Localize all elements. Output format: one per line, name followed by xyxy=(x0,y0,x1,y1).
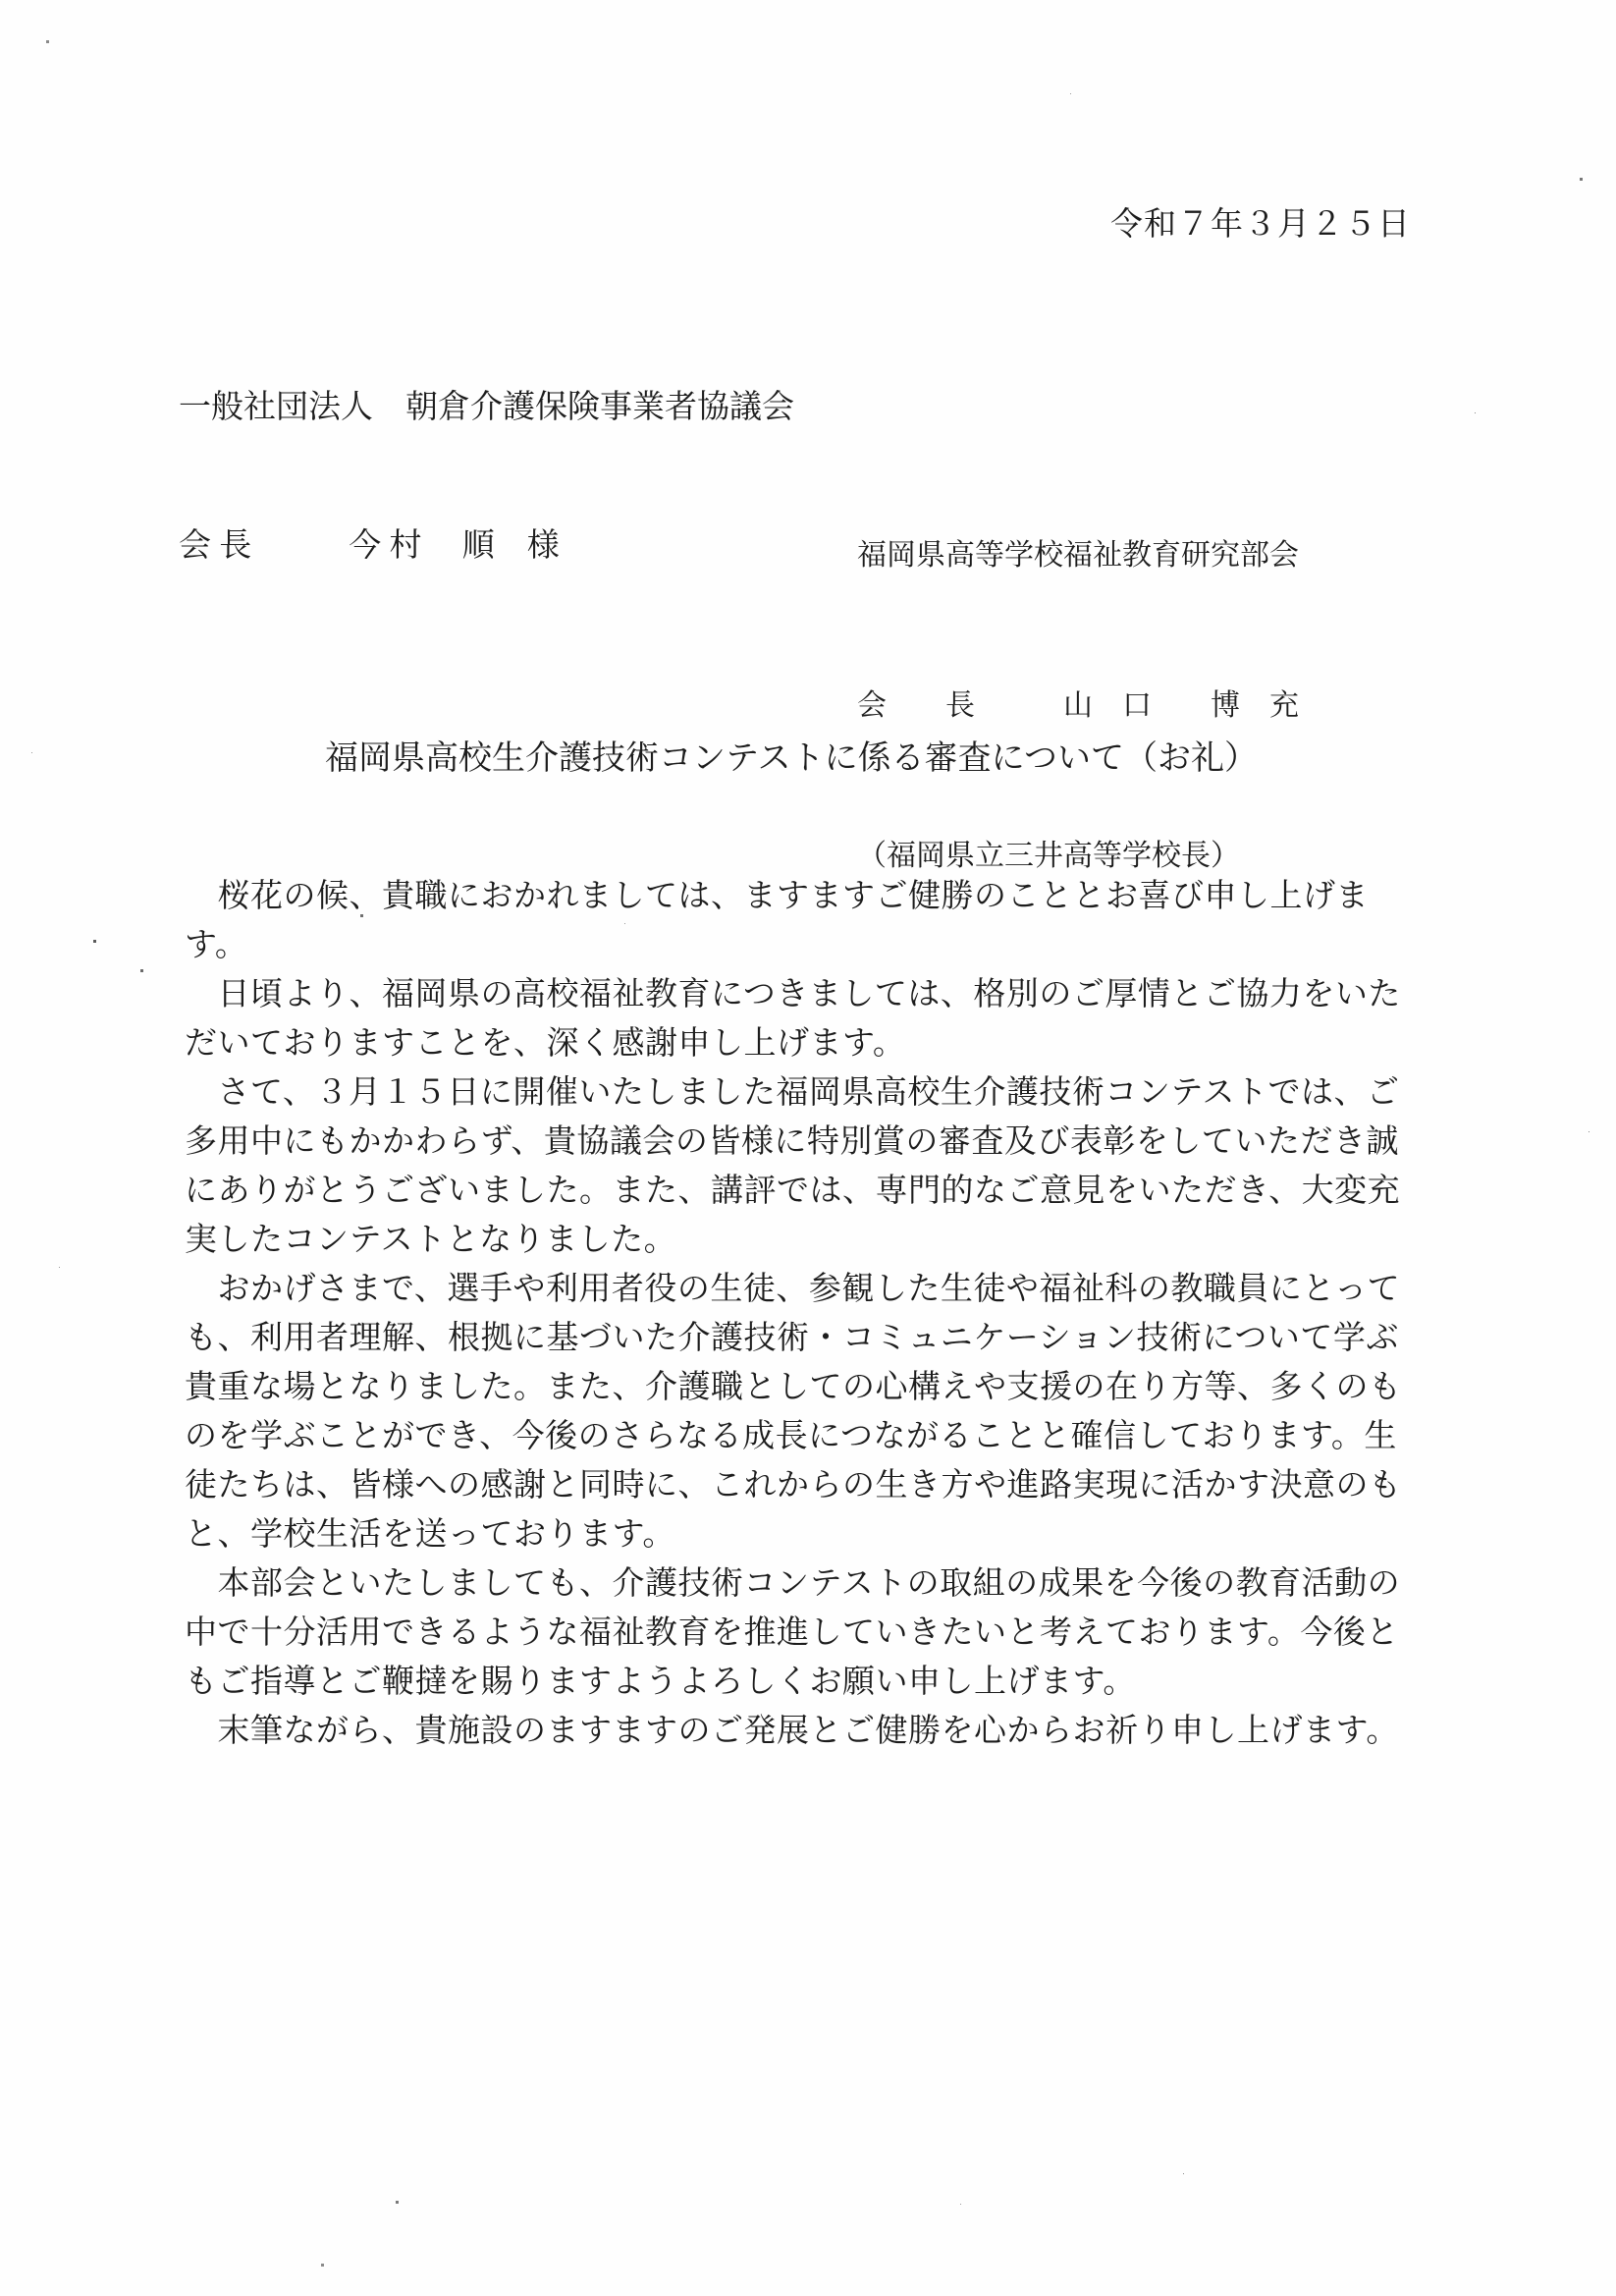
body-line: さて、３月１５日に開催いたしました福岡県高校生介護技術コンテストでは、ご xyxy=(185,1068,1402,1118)
body-line: と、学校生活を送っております。 xyxy=(185,1510,1402,1559)
body-line: 貴重な場となりました。また、介護職としての心構えや支援の在り方等、多くのも xyxy=(185,1363,1402,1412)
letter-title: 福岡県高校生介護技術コンテストに係る審査について（お礼） xyxy=(0,731,1583,779)
body-line: 実したコンテストとなりました。 xyxy=(185,1216,1402,1265)
recipient-name: 会 長 今 村 順 様 xyxy=(179,523,794,570)
body-line: も、利用者理解、根拠に基づいた介護技術・コミュニケーション技術について学ぶ xyxy=(185,1314,1402,1363)
sender-name: 会 長 山 口 博 充 xyxy=(857,681,1299,731)
body-line: 日頃より、福岡県の高校福祉教育につきましては、格別のご厚情とご協力をいた xyxy=(185,970,1402,1019)
body-line: もご指導とご鞭撻を賜りますようよろしくお願い申し上げます。 xyxy=(185,1658,1402,1707)
letter-body: 桜花の候、貴職におかれましては、ますますご健勝のこととお喜び申し上げます。 日頃… xyxy=(185,872,1402,1756)
body-line: す。 xyxy=(185,921,1402,970)
scanned-letter-page: 令和７年３月２５日 一般社団法人 朝倉介護保険事業者協議会 会 長 今 村 順 … xyxy=(0,0,1616,2296)
recipient-organization: 一般社団法人 朝倉介護保険事業者協議会 xyxy=(179,385,794,431)
body-line: にありがとうございました。また、講評では、専門的なご意見をいただき、大変充 xyxy=(185,1167,1402,1216)
body-line: 本部会といたしましても、介護技術コンテストの取組の成果を今後の教育活動の xyxy=(185,1559,1402,1609)
body-line: 桜花の候、貴職におかれましては、ますますご健勝のこととお喜び申し上げま xyxy=(185,872,1402,921)
letter-date: 令和７年３月２５日 xyxy=(1110,198,1411,245)
scan-noise xyxy=(0,0,1,1)
body-line: だいておりますことを、深く感謝申し上げます。 xyxy=(185,1019,1402,1068)
body-line: 多用中にもかかわらず、貴協議会の皆様に特別賞の審査及び表彰をしていただき誠 xyxy=(185,1118,1402,1167)
body-line: おかげさまで、選手や利用者役の生徒、参観した生徒や福祉科の教職員にとって xyxy=(185,1265,1402,1314)
sender-organization: 福岡県高等学校福祉教育研究部会 xyxy=(857,530,1299,580)
body-line: のを学ぶことができ、今後のさらなる成長につながることと確信しております。生 xyxy=(185,1412,1402,1461)
body-line: 末筆ながら、貴施設のますますのご発展とご健勝を心からお祈り申し上げます。 xyxy=(185,1707,1402,1756)
body-line: 徒たちは、皆様への感謝と同時に、これからの生き方や進路実現に活かす決意のも xyxy=(185,1461,1402,1510)
body-line: 中で十分活用できるような福祉教育を推進していきたいと考えております。今後と xyxy=(185,1609,1402,1658)
recipient-block: 一般社団法人 朝倉介護保険事業者協議会 会 長 今 村 順 様 xyxy=(179,293,794,662)
